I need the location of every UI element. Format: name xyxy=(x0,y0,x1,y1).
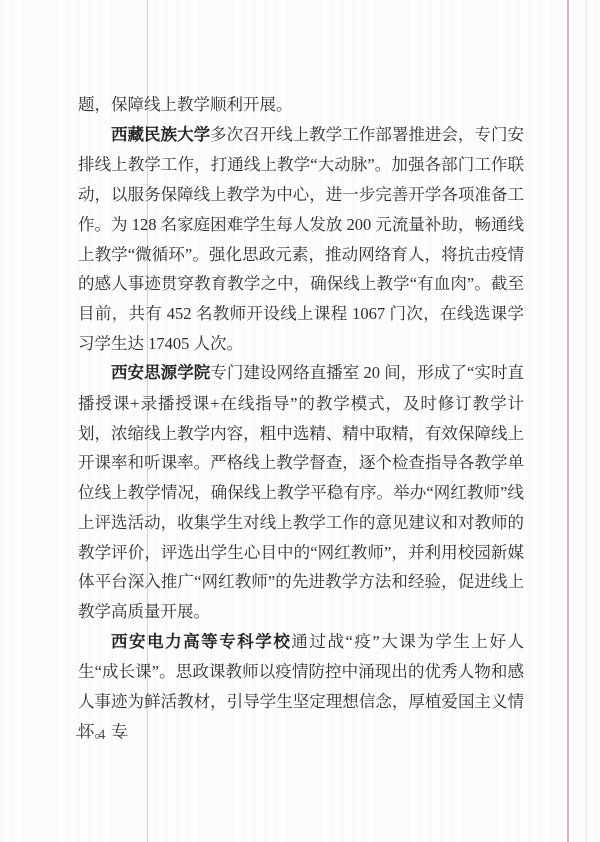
page-number: — 4 — xyxy=(76,727,130,744)
scan-artifact-pink-line xyxy=(567,0,569,842)
org-name-bold: 西藏民族大学 xyxy=(111,126,210,144)
scanned-document-page: 题，保障线上教学顺利开展。 西藏民族大学多次召开线上教学工作部署推进会，专门安排… xyxy=(0,0,600,842)
org-name-bold: 西安电力高等专科学校 xyxy=(111,633,291,651)
paragraph-xian-electric-power-college: 西安电力高等专科学校通过战“疫”大课为学生上好人生“成长课”。思政课教师以疫情防… xyxy=(78,627,524,747)
paragraph-xizang-minzu-university: 西藏民族大学多次召开线上教学工作部署推进会，专门安排线上教学工作，打通线上教学“… xyxy=(78,120,524,359)
paragraph-xian-siyuan-college: 西安思源学院专门建设网络直播室 20 间，形成了“实时直播授课+录播授课+在线指… xyxy=(78,358,524,626)
document-body: 题，保障线上教学顺利开展。 西藏民族大学多次召开线上教学工作部署推进会，专门安排… xyxy=(78,90,524,746)
org-name-bold: 西安思源学院 xyxy=(111,364,210,382)
paragraph-text: 专门建设网络直播室 20 间，形成了“实时直播授课+录播授课+在线指导”的教学模… xyxy=(78,363,524,621)
paragraph-text: 多次召开线上教学工作部署推进会，专门安排线上教学工作，打通线上教学“大动脉”。加… xyxy=(78,125,524,353)
paragraph-text: 题，保障线上教学顺利开展。 xyxy=(78,95,293,114)
scan-artifact-pale-line xyxy=(586,0,587,842)
paragraph-continuation: 题，保障线上教学顺利开展。 xyxy=(78,90,524,120)
